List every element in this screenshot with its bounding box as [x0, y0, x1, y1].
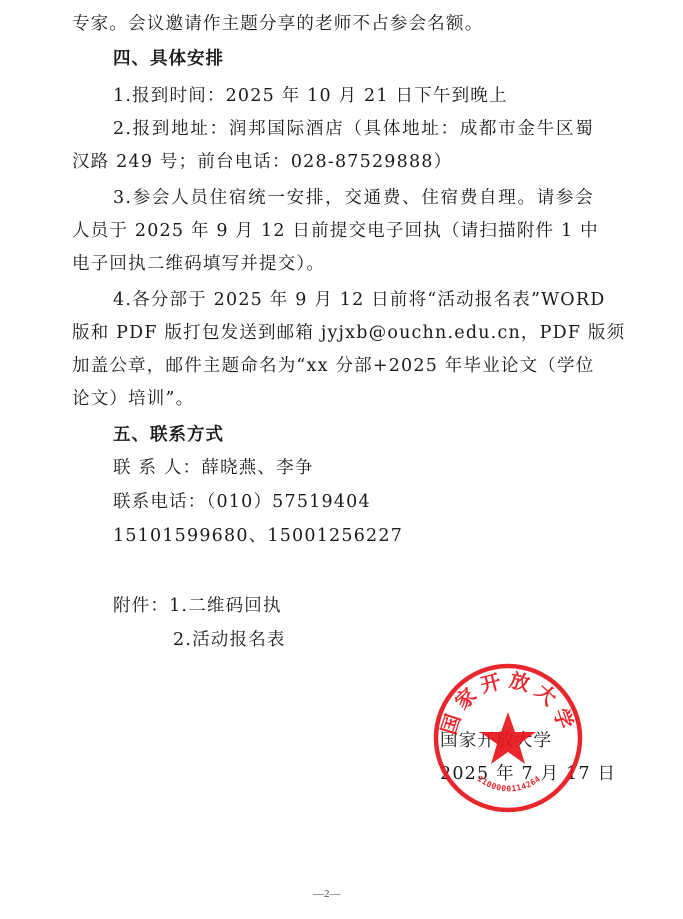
signer-name: 国家开放大学 [440, 729, 552, 753]
attachment-registration-form: 2.活动报名表 [173, 628, 286, 652]
item-submission-line1: 4.各分部于 2025 年 9 月 12 日前将“活动报名表”WORD [113, 288, 594, 312]
item-accommodation-line2: 人员于 2025 年 9 月 12 日前提交电子回执（请扫描附件 1 中 [72, 219, 594, 243]
item-accommodation-line1: 3.参会人员住宿统一安排，交通费、住宿费自理。请参会 [113, 186, 594, 210]
item-submission-line3: 加盖公章，邮件主题命名为“xx 分部+2025 年毕业论文（学位 [72, 354, 594, 378]
page-number: —2— [313, 888, 341, 900]
item-registration-address-line1: 2.报到地址：润邦国际酒店（具体地址：成都市金牛区蜀 [113, 117, 594, 141]
contact-mobiles: 15101599680、15001256227 [113, 524, 403, 548]
item-accommodation-line3: 电子回执二维码填写并提交）。 [72, 252, 325, 276]
section-heading-arrangements: 四、具体安排 [113, 47, 224, 71]
attachment-qr-receipt: 附件：1.二维码回执 [113, 594, 282, 618]
sign-date: 2025 年 7 月 17 日 [440, 762, 616, 786]
item-submission-line2: 版和 PDF 版打包发送到邮箱 jyjxb@ouchn.edu.cn，PDF 版… [72, 321, 594, 345]
item-registration-address-line2: 汉路 249 号；前台电话：028-87529888） [72, 150, 452, 174]
seal-arc-text: 国家开放大学 [436, 668, 579, 738]
paragraph-intro-tail: 专家。会议邀请作主题分享的老师不占参会名额。 [72, 12, 483, 36]
contact-person: 联 系 人：薛晓燕、李争 [113, 456, 314, 480]
item-submission-line4: 论文）培训”。 [72, 387, 194, 411]
item-registration-time: 1.报到时间：2025 年 10 月 21 日下午到晚上 [113, 84, 508, 108]
section-heading-contact: 五、联系方式 [113, 423, 224, 447]
contact-phone: 联系电话：（010）57519404 [113, 490, 371, 514]
